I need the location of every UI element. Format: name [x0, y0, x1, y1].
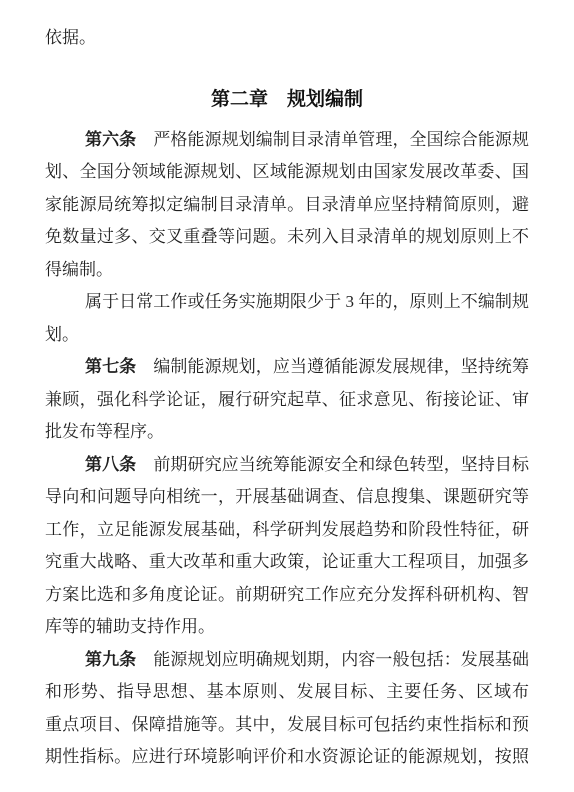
- paragraph-end-line: 库等的辅助支持作用。: [45, 611, 529, 644]
- article-number: 第九条: [85, 650, 136, 669]
- paragraph-end-line: 批发布等程序。: [45, 416, 529, 449]
- chapter-heading: 第二章 规划编制: [45, 83, 529, 116]
- text-line: 究重大战略、重大改革和重大政策，论证重大工程项目，加强多: [45, 546, 529, 579]
- text-line: 重点项目、保障措施等。其中，发展目标可包括约束性指标和预: [45, 709, 529, 742]
- article-first-line: 第六条 严格能源规划编制目录清单管理，全国综合能源规: [45, 124, 529, 157]
- text-line: 免数量过多、交叉重叠等问题。未列入目录清单的规划原则上不: [45, 221, 529, 254]
- text-line: 工作，立足能源发展基础，科学研判发展趋势和阶段性特征，研: [45, 514, 529, 547]
- text-line: 划、全国分领域能源规划、区域能源规划由国家发展改革委、国: [45, 156, 529, 189]
- article-first-line: 第八条 前期研究应当统筹能源安全和绿色转型，坚持目标: [45, 449, 529, 482]
- text-line: 家能源局统筹拟定编制目录清单。目录清单应坚持精简原则，避: [45, 189, 529, 222]
- article-number: 第六条: [85, 130, 136, 149]
- article-number: 第八条: [85, 455, 136, 474]
- paragraph-end-line: 得编制。: [45, 254, 529, 287]
- document-page: 依据。 第二章 规划编制 第六条 严格能源规划编制目录清单管理，全国综合能源规划…: [0, 0, 574, 792]
- paragraph-first-line: 属于日常工作或任务实施期限少于 3 年的，原则上不编制规: [45, 286, 529, 319]
- paragraph-continuation: 依据。: [45, 22, 529, 55]
- text-line: 导向和问题导向相统一，开展基础调查、信息搜集、课题研究等: [45, 481, 529, 514]
- blank-line: [45, 55, 529, 83]
- document-body: 第六条 严格能源规划编制目录清单管理，全国综合能源规划、全国分领域能源规划、区域…: [45, 124, 529, 774]
- text-line: 方案比选和多角度论证。前期研究工作应充分发挥科研机构、智: [45, 579, 529, 612]
- article-first-line: 第九条 能源规划应明确规划期，内容一般包括：发展基础: [45, 644, 529, 677]
- article-number: 第七条: [85, 357, 136, 376]
- paragraph-end-line: 划。: [45, 319, 529, 352]
- text-line: 和形势、指导思想、基本原则、发展目标、主要任务、区域布局、: [45, 676, 529, 709]
- text-line: 期性指标。应进行环境影响评价和水资源论证的能源规划，按照: [45, 741, 529, 774]
- text-line: 兼顾，强化科学论证，履行研究起草、征求意见、衔接论证、审: [45, 384, 529, 417]
- article-first-line: 第七条 编制能源规划，应当遵循能源发展规律，坚持统筹: [45, 351, 529, 384]
